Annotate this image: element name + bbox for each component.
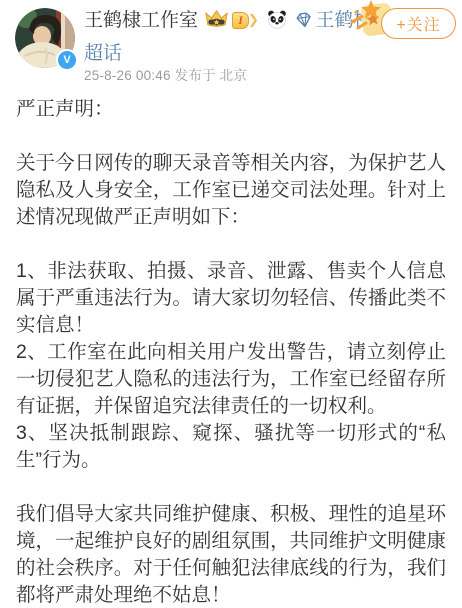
avatar[interactable]: V xyxy=(15,8,75,68)
post-text: 严正声明： 关于今日网传的聊天录音等相关内容，为保护艺人隐私及人身安全，工作室已… xyxy=(0,96,462,608)
vip-chevron-icon: ❯ xyxy=(248,12,259,27)
star-burst-icon xyxy=(348,0,386,33)
verified-badge-icon: V xyxy=(56,49,78,71)
gem-icon xyxy=(294,9,314,39)
vip-crown-icon[interactable] xyxy=(204,9,229,39)
timestamp: 25-8-26 00:46 发布于 北京 xyxy=(84,64,247,84)
post-header: V 王鹤棣工作室 I❯ xyxy=(0,0,462,94)
name-block: 王鹤棣工作室 I❯ xyxy=(84,6,378,69)
panda-emoji-icon xyxy=(267,9,287,39)
vip-level-badge[interactable]: I xyxy=(232,12,249,29)
username-link[interactable]: 王鹤棣工作室 xyxy=(84,10,198,31)
weibo-post: V 王鹤棣工作室 I❯ xyxy=(0,0,462,608)
follow-button[interactable]: +关注 xyxy=(381,8,456,39)
